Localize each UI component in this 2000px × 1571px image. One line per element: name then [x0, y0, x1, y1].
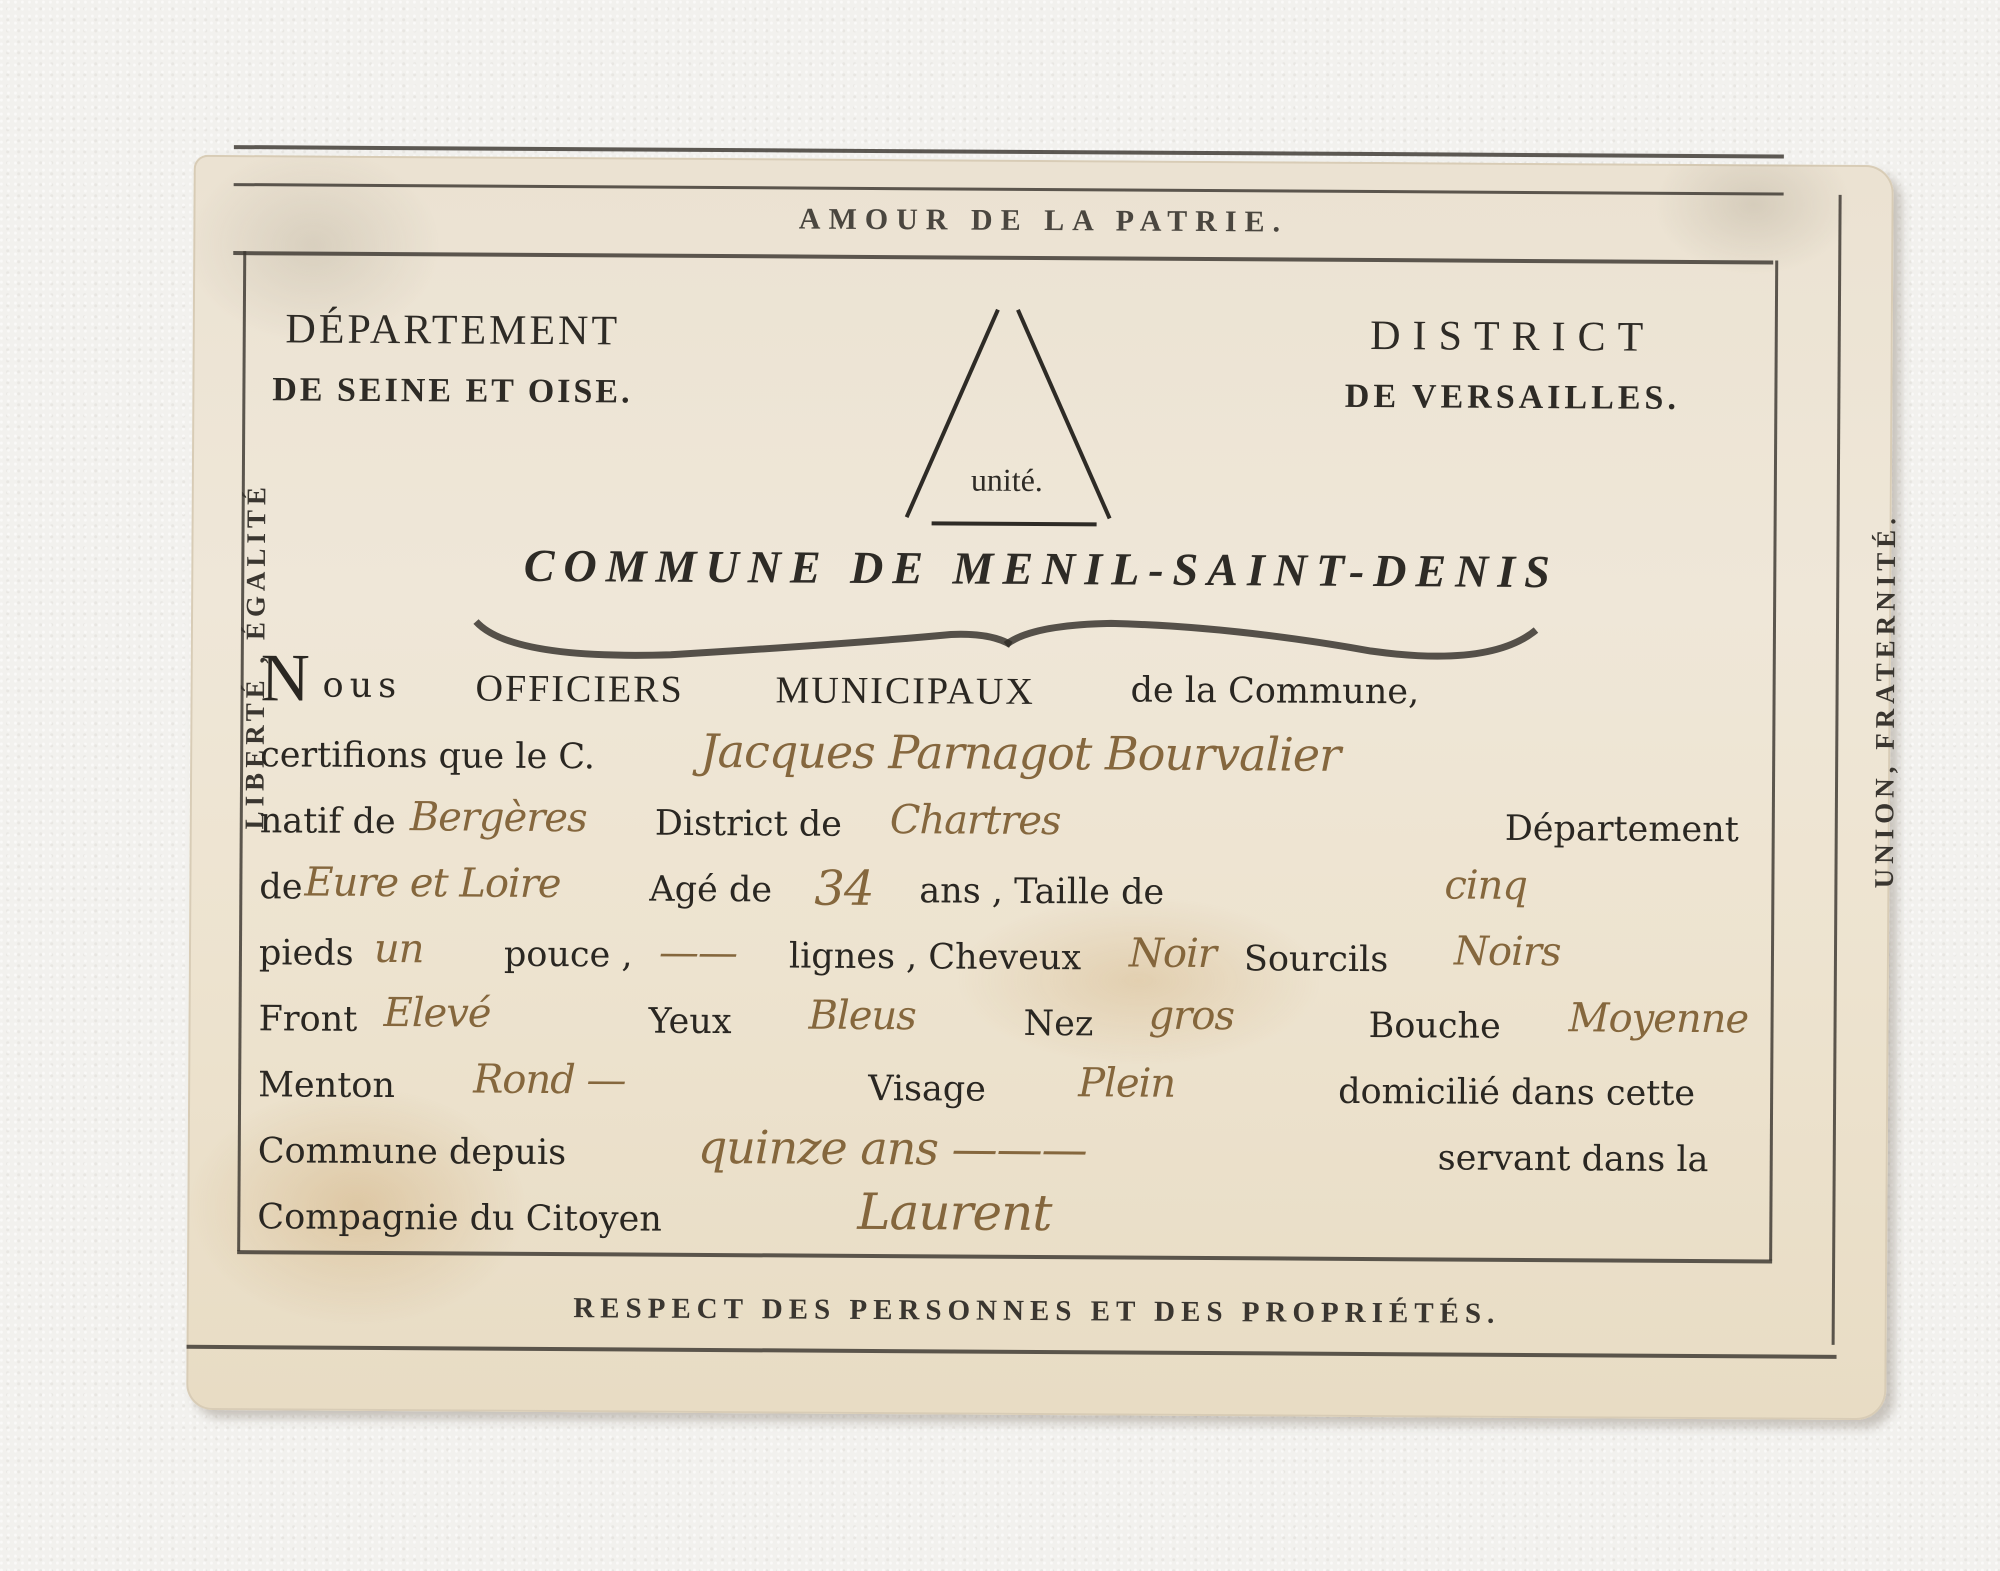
lines-label: lignes , Cheveux — [789, 936, 1081, 978]
side-motto-right: UNION, FRATERNITÉ. — [1869, 451, 1903, 951]
department-name: DE SEINE ET OISE. — [232, 371, 672, 412]
outer-top-line — [234, 183, 1784, 195]
district-handwritten: Chartres — [890, 797, 1061, 844]
birthplace-handwritten: Bergères — [410, 794, 587, 841]
company-handwritten: Laurent — [857, 1183, 1051, 1242]
certify-label: certifions que le C. — [260, 735, 595, 777]
dropcap: N — [260, 643, 310, 711]
domicile-label: domicilié dans cette — [1338, 1072, 1695, 1114]
mouth-label: Bouche — [1368, 1006, 1500, 1047]
certificate-body: N ous OFFICIERS MUNICIPAUX de la Commune… — [257, 665, 1786, 1272]
face-handwritten: Plein — [1078, 1060, 1175, 1107]
forehead-handwritten: Elevé — [383, 990, 490, 1037]
certificate-card: AMOUR DE LA PATRIE. RESPECT DES PERSONNE… — [186, 155, 1894, 1420]
lines-handwritten: —— — [659, 930, 737, 976]
years-label: ans , Taille de — [919, 871, 1164, 912]
outer-right-line — [1832, 195, 1842, 1345]
district-label: DISTRICT — [1283, 311, 1743, 362]
text-ous: ous — [322, 666, 402, 706]
height-feet-handwritten: cinq — [1444, 862, 1527, 909]
text-municipaux: MUNICIPAUX — [775, 668, 1035, 714]
face-label: Visage — [868, 1069, 986, 1110]
motto-top: AMOUR DE LA PATRIE. — [193, 199, 1893, 243]
since-label: Commune depuis — [258, 1131, 567, 1173]
nose-label: Nez — [1023, 1004, 1093, 1044]
chin-handwritten: Rond — — [473, 1057, 626, 1104]
commune-title: COMMUNE DE MENIL-SAINT-DENIS — [191, 537, 1891, 600]
native-label: natif de — [260, 801, 396, 842]
eyes-handwritten: Bleus — [808, 993, 915, 1040]
hair-handwritten: Noir — [1129, 931, 1216, 978]
department-label: DÉPARTEMENT — [233, 305, 673, 356]
nose-handwritten: gros — [1148, 993, 1234, 1040]
outer-bottom-line — [187, 1345, 1837, 1359]
department-heading: DÉPARTEMENT DE SEINE ET OISE. — [232, 305, 673, 412]
body-line-9: Compagnie du Citoyen Laurent — [257, 1197, 1782, 1272]
eyes-label: Yeux — [648, 1002, 731, 1043]
motto-bottom: RESPECT DES PERSONNES ET DES PROPRIÉTÉS. — [187, 1290, 1887, 1333]
age-handwritten: 34 — [814, 861, 873, 917]
top-border-line — [234, 145, 1784, 158]
eyebrows-label: Sourcils — [1244, 939, 1389, 980]
department-label-body: Département — [1505, 809, 1739, 850]
inch-label: pouce , — [504, 935, 633, 976]
serving-label: servant dans la — [1438, 1138, 1709, 1180]
district-heading: DISTRICT DE VERSAILLES. — [1282, 311, 1743, 418]
chin-label: Menton — [258, 1065, 395, 1106]
mouth-handwritten: Moyenne — [1568, 995, 1748, 1042]
forehead-label: Front — [258, 999, 357, 1040]
district-label-body: District de — [655, 804, 842, 845]
inner-top-line — [233, 251, 1773, 264]
eyebrows-handwritten: Noirs — [1454, 929, 1561, 976]
de-label: de — [259, 867, 302, 907]
emblem-label: unité. — [892, 461, 1122, 499]
citizen-name-handwritten: Jacques Parnagot Bourvalier — [700, 724, 1340, 782]
since-handwritten: quinze ans ——— — [698, 1120, 1087, 1176]
text-de-la-commune: de la Commune, — [1130, 671, 1419, 713]
text-officiers: OFFICIERS — [475, 667, 683, 712]
height-inches-handwritten: un — [374, 926, 424, 972]
department-handwritten: Eure et Loire — [304, 860, 560, 908]
district-name: DE VERSAILLES. — [1282, 377, 1742, 418]
age-label: Agé de — [649, 870, 772, 911]
feet-label: pieds — [259, 933, 354, 974]
company-label: Compagnie du Citoyen — [257, 1197, 662, 1239]
unity-triangle-emblem: unité. — [892, 299, 1123, 530]
